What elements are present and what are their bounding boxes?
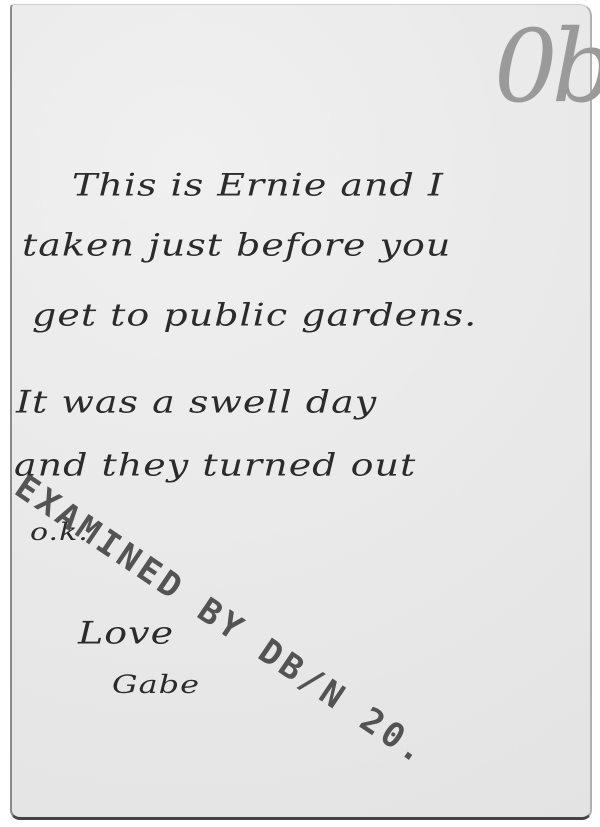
handwritten-line-1: This is Ernie and I [72,167,444,202]
closing-love: Love [78,615,174,650]
signature: Gabe [112,669,200,699]
pencil-corner-mark: 0b [494,17,600,117]
handwritten-line-3: get to public gardens. [32,297,477,332]
handwritten-line-2: taken just before you [22,227,451,262]
handwritten-line-5: and they turned out [14,447,416,482]
handwritten-line-4: It was a swell day [16,384,377,419]
examined-stamp: EXAMINED BY DB/N 20. [8,467,436,774]
photo-card-back: 0b This is Ernie and I taken just before… [10,4,592,820]
